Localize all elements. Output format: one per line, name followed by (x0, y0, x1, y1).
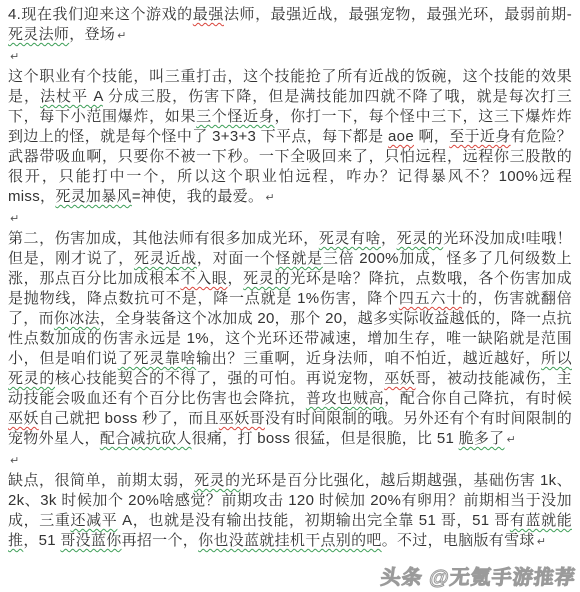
text-run: A，也就是没有输出技能，初期输出完全靠 51 哥，51 哥 (117, 512, 509, 529)
text-run: 第二，伤害加成，其他法师有很多加成光环， (8, 230, 319, 247)
paragraph-end-mark-icon: ↵ (8, 51, 20, 63)
paragraph-spacer: ↵ (8, 46, 572, 67)
text-run-red-squiggle: 巫妖哥 (219, 410, 265, 427)
text-run-green-squiggle: 死灵加暴风 (55, 188, 132, 205)
text-run-red-squiggle: aoe (388, 128, 414, 145)
text-run: 。不过，电脑版有雪球 (382, 532, 535, 549)
paragraph-end-mark-icon: ↵ (115, 30, 127, 42)
text-run-green-squiggle: 死灵的 (243, 270, 290, 287)
text-run-green-squiggle: 你冰法 (54, 310, 100, 327)
text-run-green-squiggle: 死灵有啥 (319, 230, 381, 247)
paragraph-spacer: ↵ (8, 208, 572, 229)
text-run-green-squiggle: 了死灵靠啥 (118, 350, 196, 367)
text-run: 4.现在我们迎来这个游戏的 (8, 6, 193, 23)
text-run-green-squiggle: 怪就是 (276, 250, 323, 267)
text-run: 输出？三重啊，近身法师，咱不怕近，越近越好， (196, 350, 541, 367)
text-run-green-squiggle: 还减平 (71, 512, 118, 529)
text-run: ， (381, 230, 397, 247)
text-run: 法师，最强近战，最强宠物，最强光环，最弱前期- (224, 6, 572, 23)
text-run-red-squiggle: 四五六十 (399, 290, 462, 307)
paragraph-end-mark-icon: ↵ (504, 434, 516, 446)
text-run: ， (227, 270, 243, 287)
paragraph-end-mark-icon: ↵ (263, 192, 275, 204)
text-run-green-squiggle: 哥没蓝你 (60, 532, 121, 549)
paragraph: 缺点，很简单，前期太弱，死灵的光环是百分比强化，越后期越强，基础伤害 1k、2k… (8, 471, 572, 552)
text-run-red-squiggle: 不入眼 (180, 270, 227, 287)
text-run: ，对面一个 (197, 250, 276, 267)
paragraph: 第二，伤害加成，其他法师有很多加成光环，死灵有啥，死灵的光环没加成!哇哦！但是，… (8, 229, 572, 450)
text-run: 再招一个， (122, 532, 199, 549)
text-run: ，登场 (69, 26, 115, 43)
text-run-green-squiggle: 死灵近战 (134, 250, 197, 267)
text-run-green-squiggle: 脆多了 (459, 430, 505, 447)
text-run-red-squiggle: 最强 (193, 6, 224, 23)
text-run: 核心技能契合的不得了，强的可怕。再说宠物， (55, 370, 384, 387)
text-run-red-squiggle: 巫妖 (384, 370, 415, 387)
text-run: ，51 (23, 532, 60, 549)
text-run-green-squiggle: 三个怪近身 (196, 108, 274, 125)
paragraph: 4.现在我们迎来这个游戏的最强法师，最强近战，最强宠物，最强光环，最弱前期-死灵… (8, 5, 572, 46)
text-run: =神使，我的最爱。 (132, 188, 263, 205)
text-run: 缺点，很简单，前期太弱， (8, 472, 194, 489)
paragraph: 这个职业有个技能，叫三重打击，这个技能抢了所有近战的饭碗，这个技能的效果是，法杖… (8, 67, 572, 208)
text-run-green-squiggle: 死灵的 (194, 472, 241, 489)
text-run-green-squiggle: 普攻也贼高 (306, 390, 384, 407)
text-run: 啊， (414, 128, 449, 145)
paragraph-end-mark-icon: ↵ (535, 536, 547, 548)
paragraph-end-mark-icon: ↵ (8, 213, 20, 225)
paragraph-spacer: ↵ (8, 450, 572, 471)
text-run: 自己就把 boss 秒了，而且 (39, 410, 219, 427)
text-run: ，配合你自己降抗，有时候 (384, 390, 572, 407)
toutiao-watermark: 头条 @无氪手游推荐 (379, 561, 577, 590)
text-run-green-squiggle: 死灵法师 (8, 26, 69, 43)
paragraph-end-mark-icon: ↵ (8, 455, 20, 467)
text-run-green-squiggle: 死灵的 (397, 230, 444, 247)
text-run-red-squiggle: 至于近身 (449, 128, 510, 145)
text-run: 很痛，打 boss 很猛，但是很脆，比 51 (192, 430, 459, 447)
text-run-green-squiggle: 你也没蓝就挂机干点别的吧 (198, 532, 382, 549)
text-run-green-squiggle: 法杖平 A (40, 88, 103, 105)
text-run-green-squiggle: 配合减抗砍人 (100, 430, 192, 447)
document-body: 4.现在我们迎来这个游戏的最强法师，最强近战，最强宠物，最强光环，最弱前期-死灵… (0, 0, 580, 552)
text-run-red-squiggle: 巫妖 (8, 410, 39, 427)
